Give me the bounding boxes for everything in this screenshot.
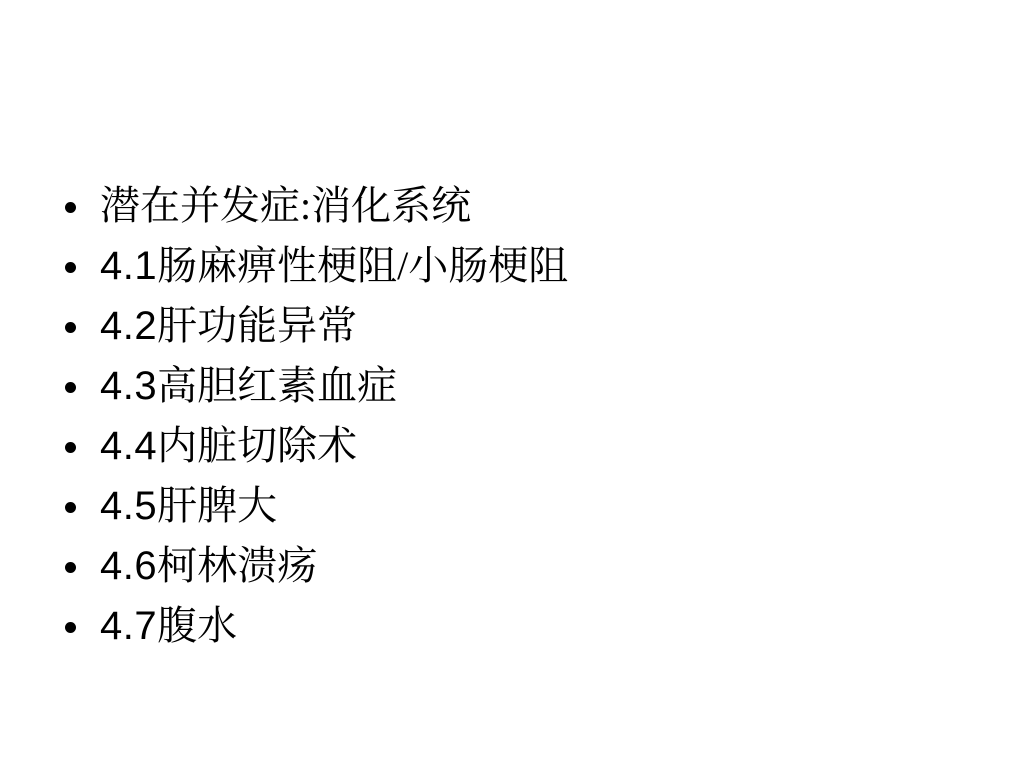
bullet-icon bbox=[65, 562, 76, 573]
item-number: 4.2 bbox=[100, 304, 157, 348]
list-item: 4.4内脏切除术 bbox=[65, 416, 568, 476]
list-item-text: 4.6柯林溃疡 bbox=[100, 536, 317, 596]
list-item-text: 4.4内脏切除术 bbox=[100, 416, 357, 476]
item-label: 肝功能异常 bbox=[157, 303, 357, 348]
item-label: 肠麻痹性梗阻/小肠梗阻 bbox=[157, 243, 568, 288]
list-item: 4.3高胆红素血症 bbox=[65, 356, 568, 416]
list-item-text: 4.1肠麻痹性梗阻/小肠梗阻 bbox=[100, 236, 568, 296]
bullet-icon bbox=[65, 442, 76, 453]
list-item: 潜在并发症:消化系统 bbox=[65, 176, 568, 236]
item-number: 4.7 bbox=[100, 604, 157, 648]
bullet-icon bbox=[65, 502, 76, 513]
bullet-icon bbox=[65, 202, 76, 213]
list-item: 4.1肠麻痹性梗阻/小肠梗阻 bbox=[65, 236, 568, 296]
item-number: 4.3 bbox=[100, 364, 157, 408]
bullet-icon bbox=[65, 262, 76, 273]
slide-canvas: 潜在并发症:消化系统 4.1肠麻痹性梗阻/小肠梗阻 4.2肝功能异常 4.3高胆… bbox=[0, 0, 1024, 768]
list-item-text: 4.5肝脾大 bbox=[100, 476, 277, 536]
item-label: 腹水 bbox=[157, 603, 237, 648]
list-item: 4.7腹水 bbox=[65, 596, 568, 656]
list-item-text: 4.3高胆红素血症 bbox=[100, 356, 397, 416]
bullet-list: 潜在并发症:消化系统 4.1肠麻痹性梗阻/小肠梗阻 4.2肝功能异常 4.3高胆… bbox=[65, 176, 568, 656]
list-item-text: 4.7腹水 bbox=[100, 596, 237, 656]
list-item: 4.6柯林溃疡 bbox=[65, 536, 568, 596]
item-label: 肝脾大 bbox=[157, 483, 277, 528]
item-number: 4.1 bbox=[100, 244, 157, 288]
bullet-icon bbox=[65, 382, 76, 393]
bullet-icon bbox=[65, 322, 76, 333]
item-label: 柯林溃疡 bbox=[157, 543, 317, 588]
list-item-text: 潜在并发症:消化系统 bbox=[100, 176, 471, 236]
item-number: 4.6 bbox=[100, 544, 157, 588]
item-label: 高胆红素血症 bbox=[157, 363, 397, 408]
item-label: 潜在并发症:消化系统 bbox=[100, 183, 471, 228]
item-number: 4.5 bbox=[100, 484, 157, 528]
list-item-text: 4.2肝功能异常 bbox=[100, 296, 357, 356]
item-label: 内脏切除术 bbox=[157, 423, 357, 468]
list-item: 4.5肝脾大 bbox=[65, 476, 568, 536]
bullet-icon bbox=[65, 622, 76, 633]
item-number: 4.4 bbox=[100, 424, 157, 468]
list-item: 4.2肝功能异常 bbox=[65, 296, 568, 356]
